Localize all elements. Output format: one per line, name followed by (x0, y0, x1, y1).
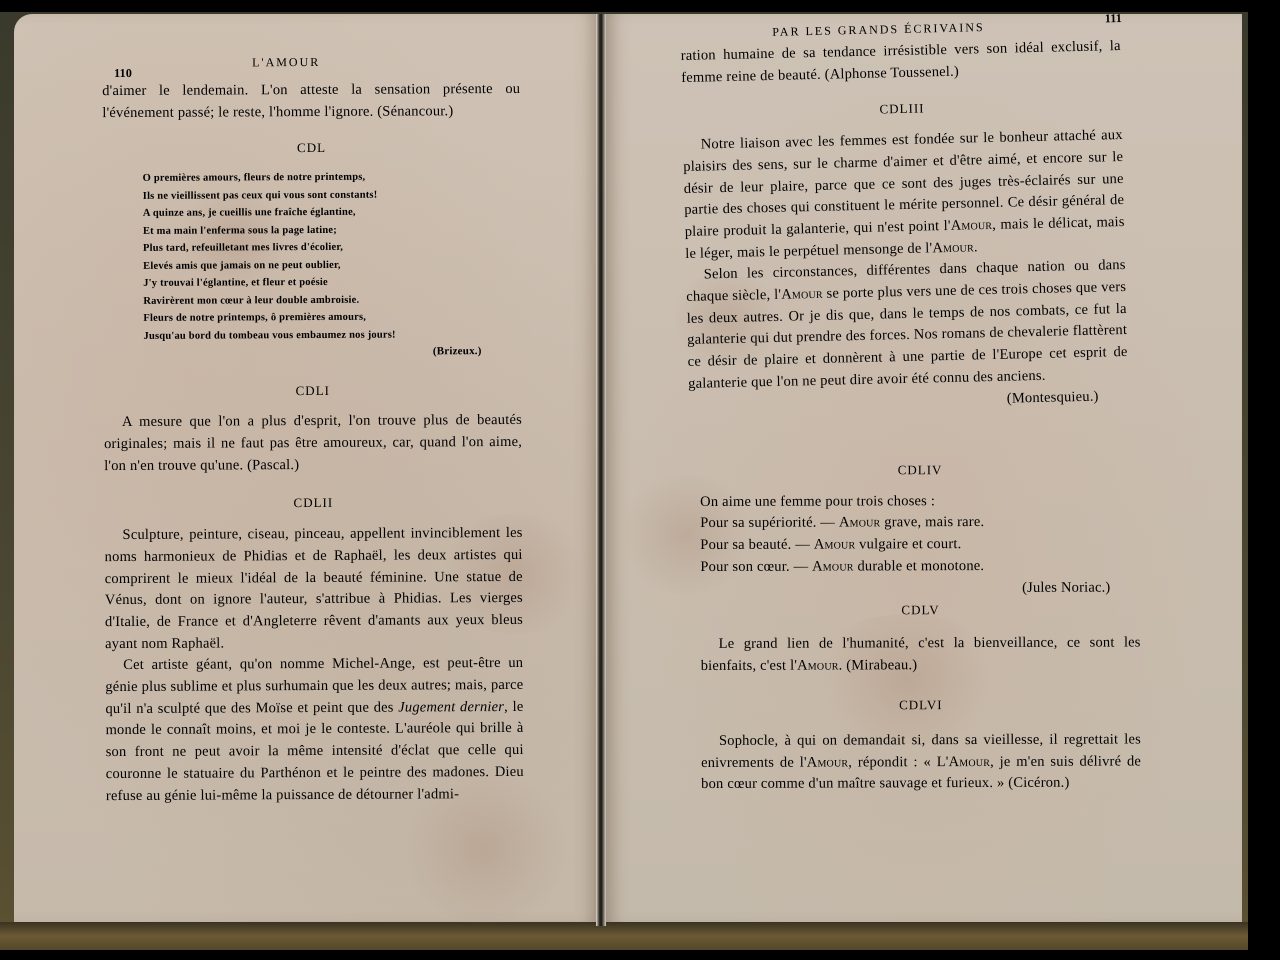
section-text: Sophocle, à qui on demandait si, dans sa… (701, 729, 1141, 796)
poem-line: O premières amours, fleurs de notre prin… (143, 168, 521, 187)
section-numeral: CDLIII (682, 93, 1122, 125)
text-run: Pour sa supériorité. — (700, 515, 839, 531)
poem-line: Jusqu'au bord du tombeau vous embaumez n… (143, 326, 521, 345)
poem-line: A quinze ans, je cueillis une fraîche ég… (143, 203, 521, 222)
small-caps: Amour (781, 286, 823, 303)
verse-line: Pour sa supériorité. — Amour grave, mais… (700, 512, 1140, 535)
text-run: . (974, 239, 978, 255)
small-caps: Amour (807, 754, 849, 770)
small-caps: Amour (932, 239, 974, 256)
section-numeral: CDLII (104, 491, 522, 515)
small-caps: Amour (812, 558, 854, 574)
right-page-text-lower: CDLIV On aime une femme pour trois chose… (700, 458, 1141, 796)
section-numeral: CDLVI (701, 694, 1141, 717)
poem: O premières amours, fleurs de notre prin… (103, 168, 522, 363)
small-caps: Amour (814, 537, 856, 553)
section-text: Le grand lien de l'humanité, c'est la bi… (701, 632, 1141, 677)
small-caps: Amour (797, 657, 839, 673)
text-run: Le grand lien de l'humanité, c'est la bi… (701, 634, 1141, 673)
continuation-text: d'aimer le lendemain. L'on atteste la se… (102, 79, 520, 125)
poem-line: Ravirèrent mon cœur à leur double ambroi… (143, 291, 521, 310)
small-caps: Amour (839, 515, 881, 531)
section-numeral: CDL (102, 136, 520, 160)
section-numeral: CDLIV (700, 458, 1140, 481)
text-run: vulgaire et court. (855, 536, 961, 552)
small-caps: Amour (951, 217, 993, 234)
running-head: PAR LES GRANDS ÉCRIVAINS (772, 17, 985, 44)
section-paragraph: Sculpture, peinture, ciseau, pinceau, ap… (104, 523, 523, 655)
text-run: , répondit : « L' (848, 754, 948, 770)
text-run: durable et monotone. (854, 558, 985, 574)
small-caps: Amour (949, 754, 991, 770)
section-text: A mesure que l'on a plus d'esprit, l'on … (104, 410, 522, 477)
section-paragraph: Cet artiste géant, qu'on nomme Michel-An… (105, 653, 524, 807)
attribution: (Jules Noriac.) (700, 577, 1110, 600)
left-page-header: 110 L'AMOUR (102, 57, 520, 81)
section-paragraph: Selon les circonstances, différentes dan… (686, 255, 1129, 395)
text-run: Pour son cœur. — (700, 558, 812, 574)
verse-line: Pour sa beauté. — Amour vulgaire et cour… (700, 534, 1140, 557)
text-run: . (Mirabeau.) (839, 657, 918, 673)
book-gutter (596, 14, 606, 926)
section-paragraph: Notre liaison avec les femmes est fondée… (683, 125, 1126, 265)
attribution: (Brizeux.) (144, 343, 482, 362)
poem-line: Plus tard, refeuilletant mes livres d'éc… (143, 238, 521, 257)
italic-title: Jugement dernier (398, 699, 504, 716)
page-number: 110 (114, 63, 132, 85)
left-page-text: 110 L'AMOUR d'aimer le lendemain. L'on a… (102, 57, 524, 807)
poem-line: Elevés amis que jamais on ne peut oublie… (143, 256, 521, 275)
running-head: L'AMOUR (252, 52, 320, 74)
text-run: grave, mais rare. (880, 514, 984, 530)
page-number: 111 (1105, 8, 1123, 30)
right-page-text: PAR LES GRANDS ÉCRIVAINS 111 ration huma… (680, 12, 1129, 417)
poem-line: Et ma main l'enferma sous la page latine… (143, 221, 521, 240)
section-numeral: CDLI (104, 379, 522, 403)
poem-line: Ils ne vieillissent pas ceux qui vous so… (143, 186, 521, 205)
text-run: Pour sa beauté. — (700, 537, 814, 553)
poem-line: J'y trouvai l'églantine, et fleur et poé… (143, 273, 521, 292)
verse-line: On aime une femme pour trois choses : (700, 490, 1140, 513)
verse-line: Pour son cœur. — Amour durable et monoto… (700, 555, 1140, 578)
poem-line: Fleurs de notre printemps, ô premières a… (143, 308, 521, 327)
section-numeral: CDLV (700, 599, 1140, 622)
table-surface (0, 922, 1248, 950)
